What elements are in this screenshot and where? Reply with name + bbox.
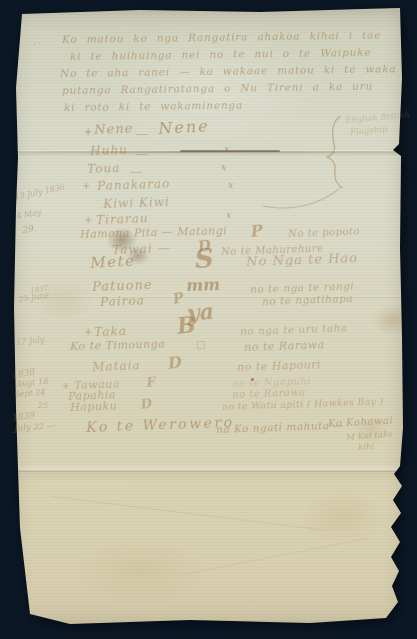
fold-crease-upper bbox=[10, 151, 406, 153]
diagonal-crease bbox=[182, 538, 369, 575]
paper-wrapper bbox=[0, 0, 417, 639]
diagonal-crease bbox=[51, 496, 329, 531]
red-ink-speck bbox=[251, 378, 254, 381]
photo-background: : ·Ko matou ko nga Rangatira ahakoa kiha… bbox=[0, 0, 417, 639]
fold-crease-dark-segment bbox=[180, 150, 280, 152]
fold-crease-lower bbox=[10, 469, 406, 472]
fold-crease-middle bbox=[10, 297, 406, 298]
manuscript-page bbox=[10, 8, 406, 630]
